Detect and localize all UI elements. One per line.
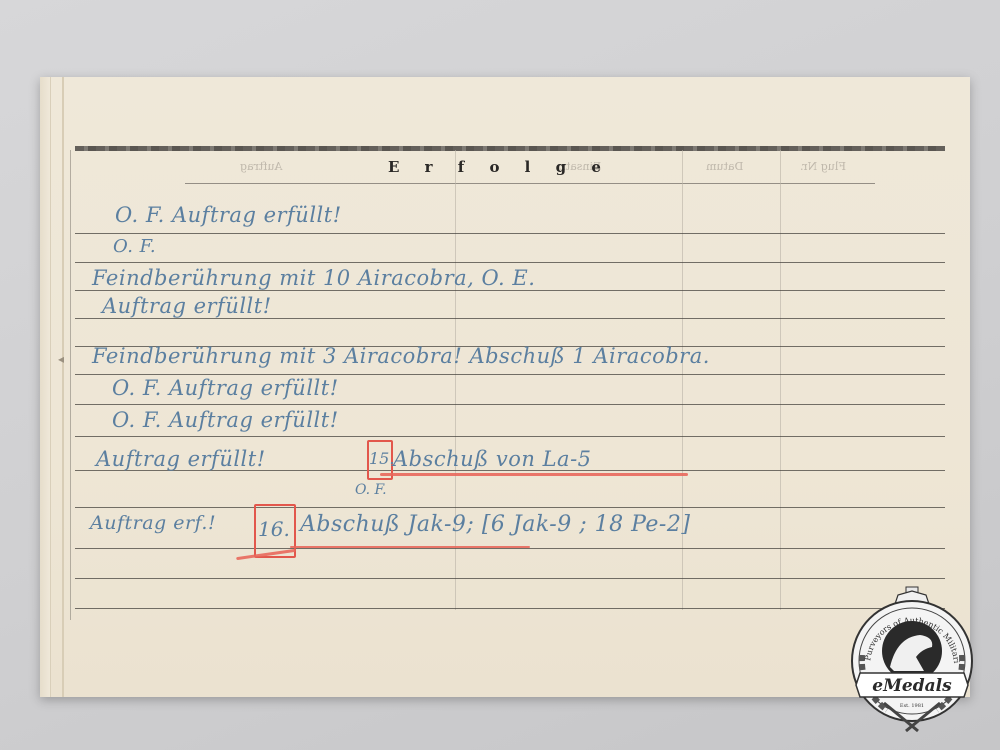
header-rule: [75, 146, 945, 151]
red-underline: [290, 546, 530, 548]
ghost-header-datum: Datum: [706, 160, 743, 173]
handwritten-entry: O. F.: [113, 236, 156, 257]
brand-name: eMedals: [872, 676, 952, 696]
ruled-line: [75, 578, 945, 579]
handwritten-entry: Auftrag erfüllt!: [102, 294, 272, 318]
ruled-line: [75, 436, 945, 437]
page-edge: [40, 77, 51, 697]
handwritten-entry: O. F. Auftrag erfüllt!: [112, 408, 339, 432]
column-divider: [780, 150, 781, 610]
handwritten-entry: Feindberührung mit 3 Airacobra! Abschuß …: [92, 344, 710, 368]
page-title: E r f o l g e: [388, 158, 611, 176]
margin-line: [70, 150, 71, 620]
ruled-line: [75, 318, 945, 319]
handwritten-entry: Auftrag erf.!: [90, 512, 216, 534]
ghost-header-auftrag: Auftrag: [240, 160, 282, 173]
binding-margin: [62, 77, 64, 697]
handwritten-entry: Abschuß Jak-9; [6 Jak-9 ; 18 Pe-2]: [300, 512, 690, 537]
ruled-line: [75, 608, 945, 609]
ruled-line: [75, 404, 945, 405]
ruled-line: [75, 507, 945, 508]
ruled-line: [75, 548, 945, 549]
victory-number-15: 15.: [369, 449, 394, 468]
handwritten-entry: O. F. Auftrag erfüllt!: [115, 203, 342, 227]
red-underline: [380, 473, 688, 476]
handwritten-entry: O. F.: [355, 482, 387, 498]
column-divider: [682, 150, 683, 610]
established-year: Est. 1981: [900, 703, 924, 709]
ruled-line: [75, 290, 945, 291]
ghost-header-flug-nr: Flug Nr.: [800, 160, 846, 173]
emedals-watermark-logo: eMedals Est. 1981 Purveyors of Authentic…: [842, 585, 982, 735]
handwritten-entry: Feindberührung mit 10 Airacobra, O. E.: [92, 266, 535, 290]
emedals-badge-icon: eMedals Est. 1981 Purveyors of Authentic…: [842, 585, 982, 735]
ruled-line: [75, 262, 945, 263]
victory-number-16: 16.: [258, 517, 290, 541]
column-divider: [455, 150, 456, 610]
header-rule-bottom: [185, 183, 875, 184]
handwritten-entry: Auftrag erfüllt!: [96, 447, 266, 471]
stitch-mark: ◂: [58, 352, 68, 366]
ruled-line: [75, 374, 945, 375]
handwritten-entry: Abschuß von La-5: [393, 447, 592, 471]
ruled-line: [75, 233, 945, 234]
handwritten-entry: O. F. Auftrag erfüllt!: [112, 376, 339, 400]
